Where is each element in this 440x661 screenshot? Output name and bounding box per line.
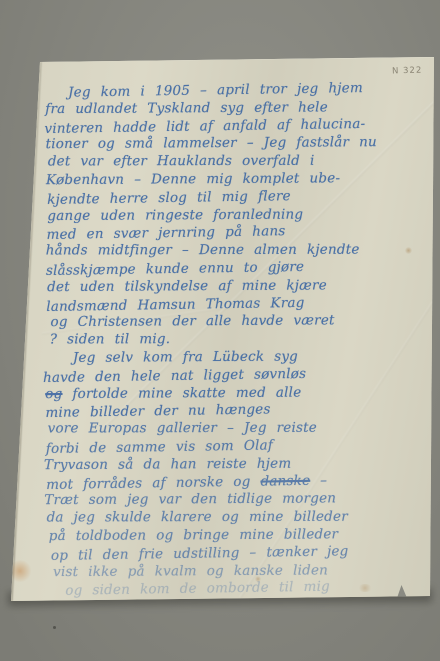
handwriting-line: da jeg skulde klarere og mine billeder (47, 509, 425, 528)
handwriting-line: ? siden til mig. (50, 331, 423, 350)
handwriting-text: Jeg kom i 1905 – april tror jeg hjemfra … (40, 80, 425, 600)
handwriting-line: det var efter Hauklands overfald i (48, 153, 421, 172)
paper-left-edge-shade (11, 62, 42, 601)
rust-stain (8, 560, 32, 582)
paper-top-edge-highlight (40, 55, 434, 62)
dust-speck (53, 626, 56, 629)
handwriting-line: tioner og små lammelser – Jeg fastslår n… (46, 134, 421, 154)
manuscript-page: N 322 Jeg kom i 1905 – april tror jeg hj… (0, 0, 440, 661)
handwriting-line: og Christensen der alle havde været (50, 312, 422, 332)
handwriting-line: Træt som jeg var den tidlige morgen (44, 490, 424, 510)
photo-background: N 322 Jeg kom i 1905 – april tror jeg hj… (0, 0, 440, 661)
catalog-number: N 322 (392, 65, 423, 76)
